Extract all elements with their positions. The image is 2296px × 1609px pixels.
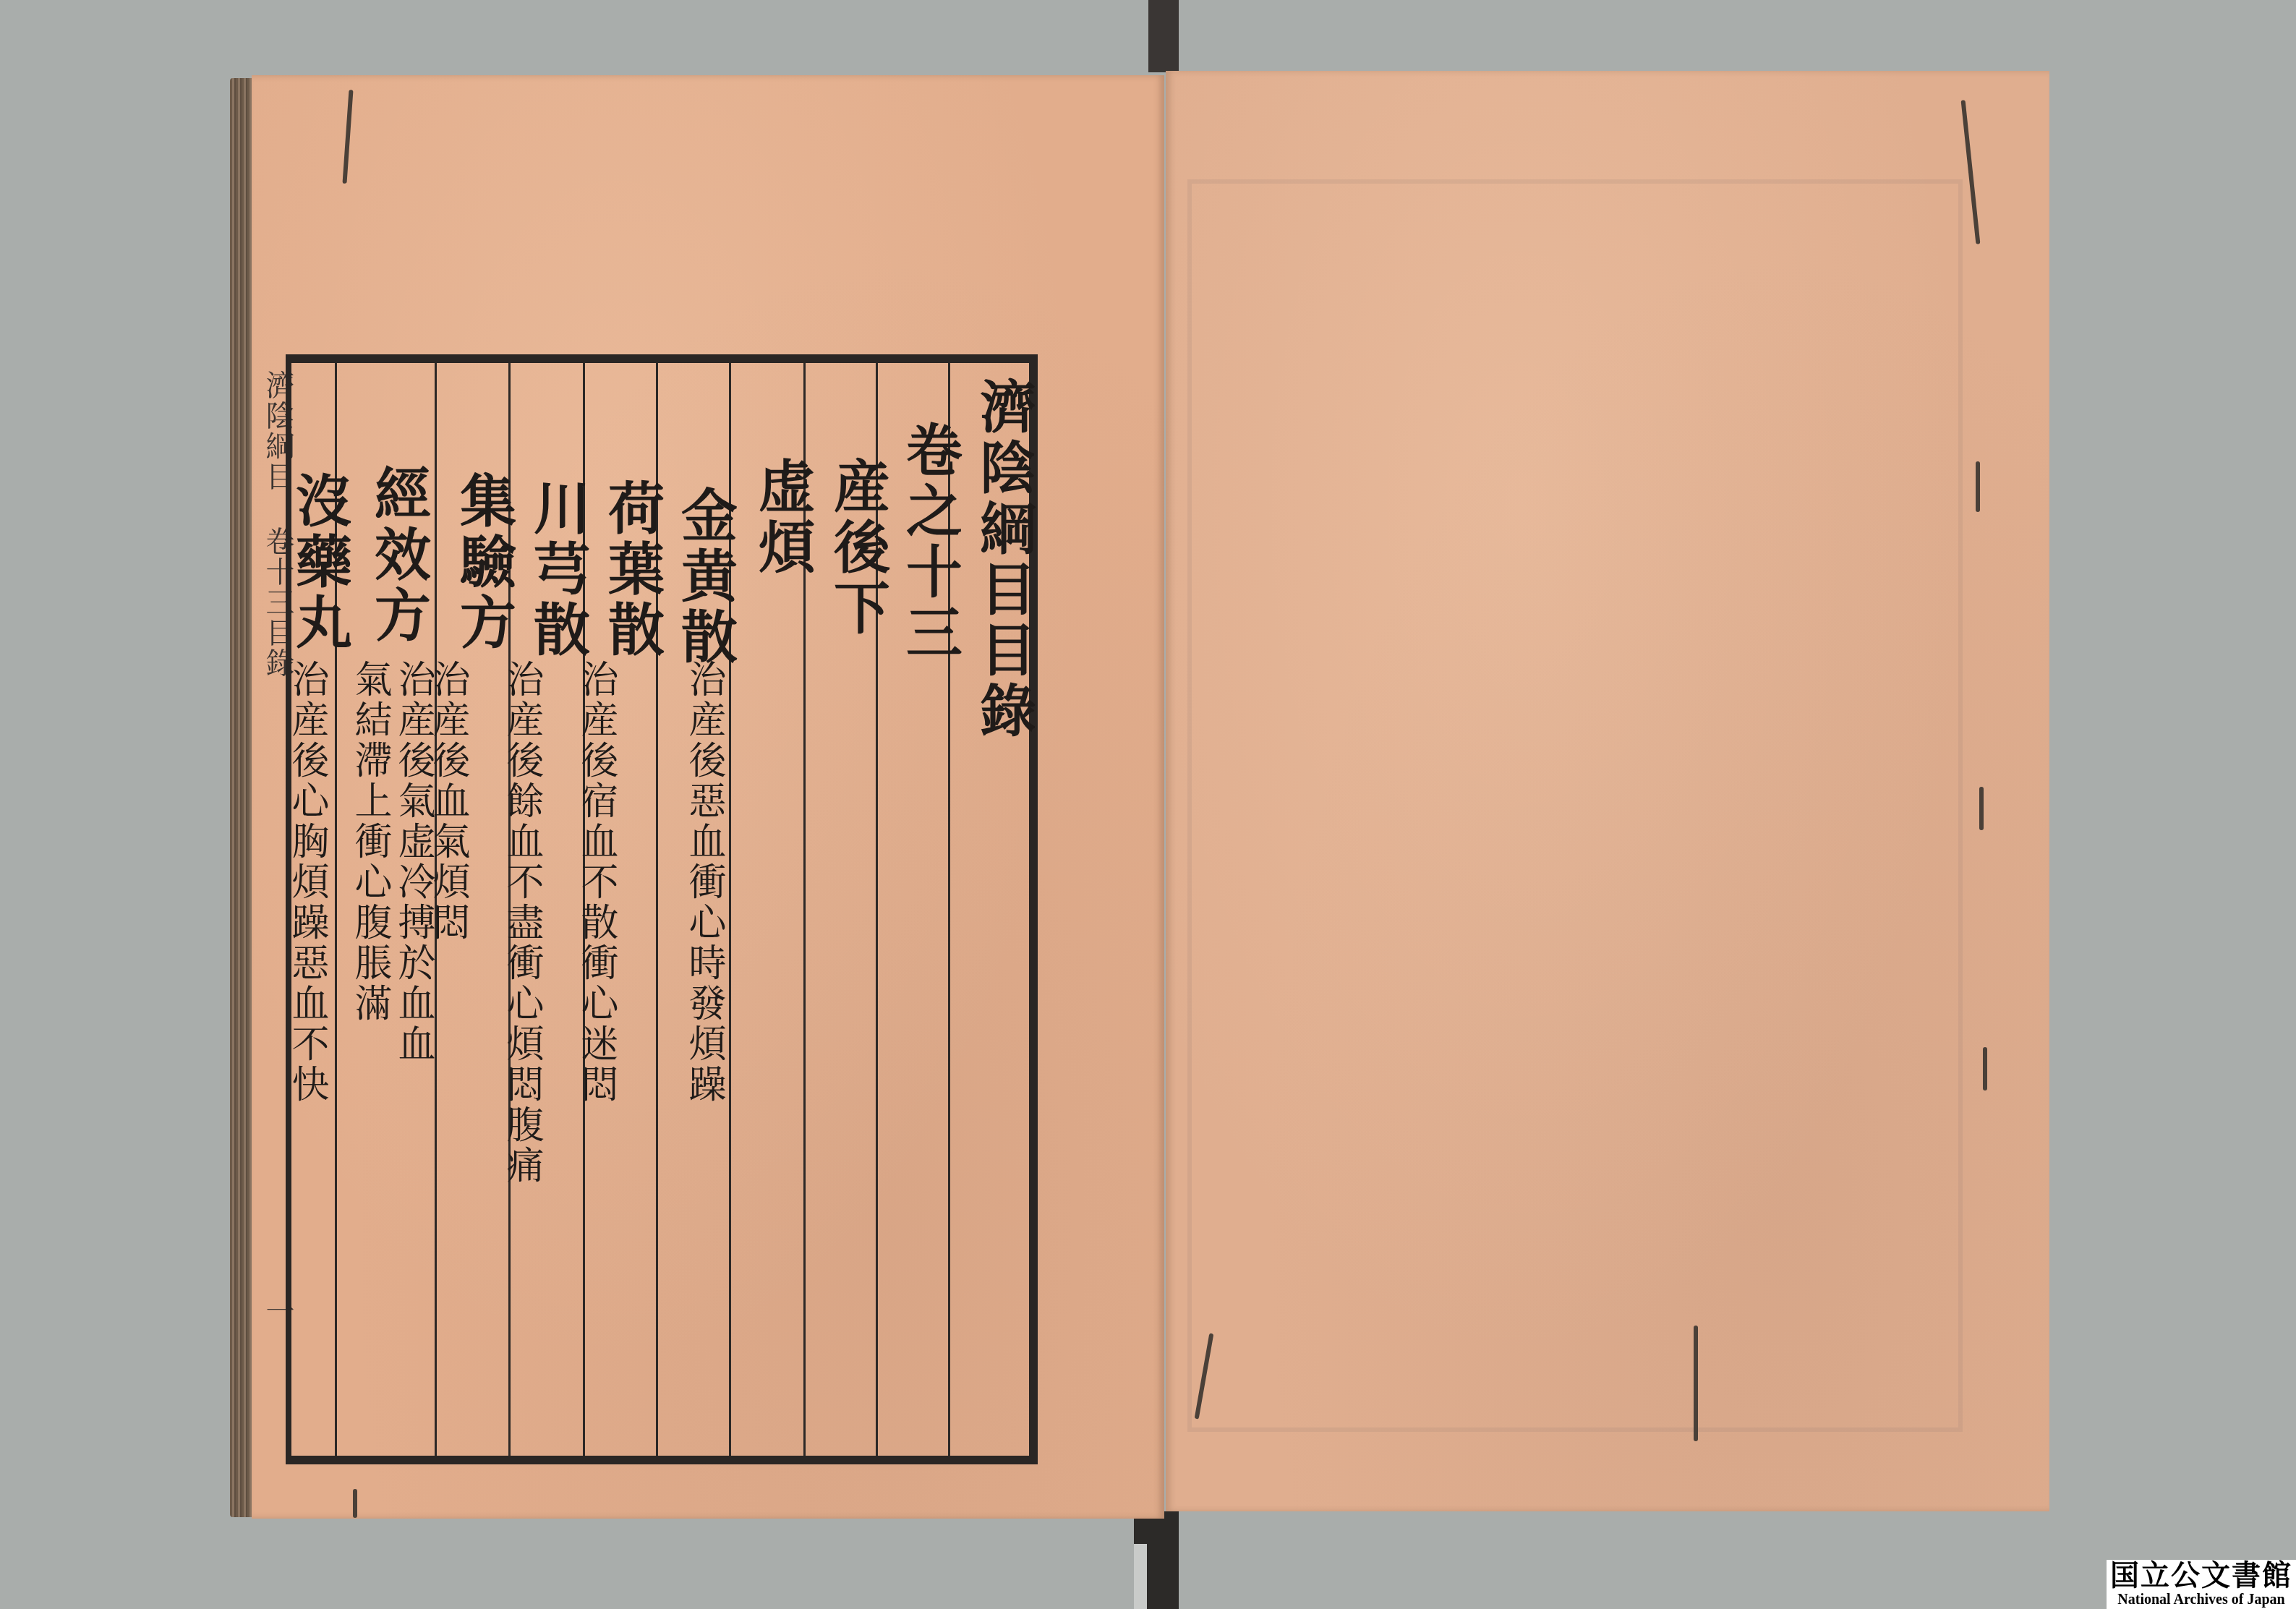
prescription-description: 治産後惡血衝心時發煩躁 (677, 660, 731, 1105)
page-stack-edge (230, 78, 255, 1517)
prescription-name: 集驗方 (443, 471, 524, 654)
printed-frame: 濟陰綱目目錄 卷之十三 産後下 虚煩 金黄散 治産後惡血衝心時發煩躁 荷葉散 治… (286, 354, 1038, 1464)
watermark-english: National Archives of Japan (2107, 1592, 2296, 1608)
binding-thread (1979, 787, 1984, 830)
spine-bottom (1134, 1511, 1179, 1609)
binding-thread (1976, 461, 1980, 512)
prescription-description-continued: 氣結滯上衝心腹脹滿 (343, 660, 397, 1024)
archive-watermark: 国立公文書館 National Archives of Japan (2107, 1560, 2296, 1609)
right-page (1166, 71, 2049, 1511)
binding-thread (342, 90, 353, 184)
list-item: 沒藥丸 治産後心胸煩躁惡血不快 (286, 363, 335, 1456)
prescription-name: 沒藥丸 (278, 471, 359, 654)
prescription-name: 荷葉散 (591, 479, 672, 661)
binding-thread (1694, 1326, 1698, 1441)
binding-thread (353, 1489, 357, 1518)
topic-label: 虚煩 (741, 457, 822, 579)
binding-thread (1961, 100, 1981, 244)
document-title: 濟陰綱目目錄 (963, 377, 1044, 742)
volume-label: 卷之十三 (889, 421, 970, 664)
section-label: 産後下 (816, 457, 897, 639)
prescription-name: 金黄散 (664, 486, 745, 668)
spine-top (1148, 0, 1179, 72)
binding-thread (1983, 1047, 1987, 1091)
prescription-description: 治産後心胸煩躁惡血不快 (280, 660, 334, 1105)
watermark-japanese: 国立公文書館 (2107, 1560, 2296, 1592)
list-item: 集驗方 治産後血氣煩悶 (435, 363, 508, 1456)
prescription-name: 川芎散 (516, 479, 597, 661)
show-through-frame (1187, 179, 1963, 1432)
prescription-name: 經效方 (357, 464, 438, 646)
